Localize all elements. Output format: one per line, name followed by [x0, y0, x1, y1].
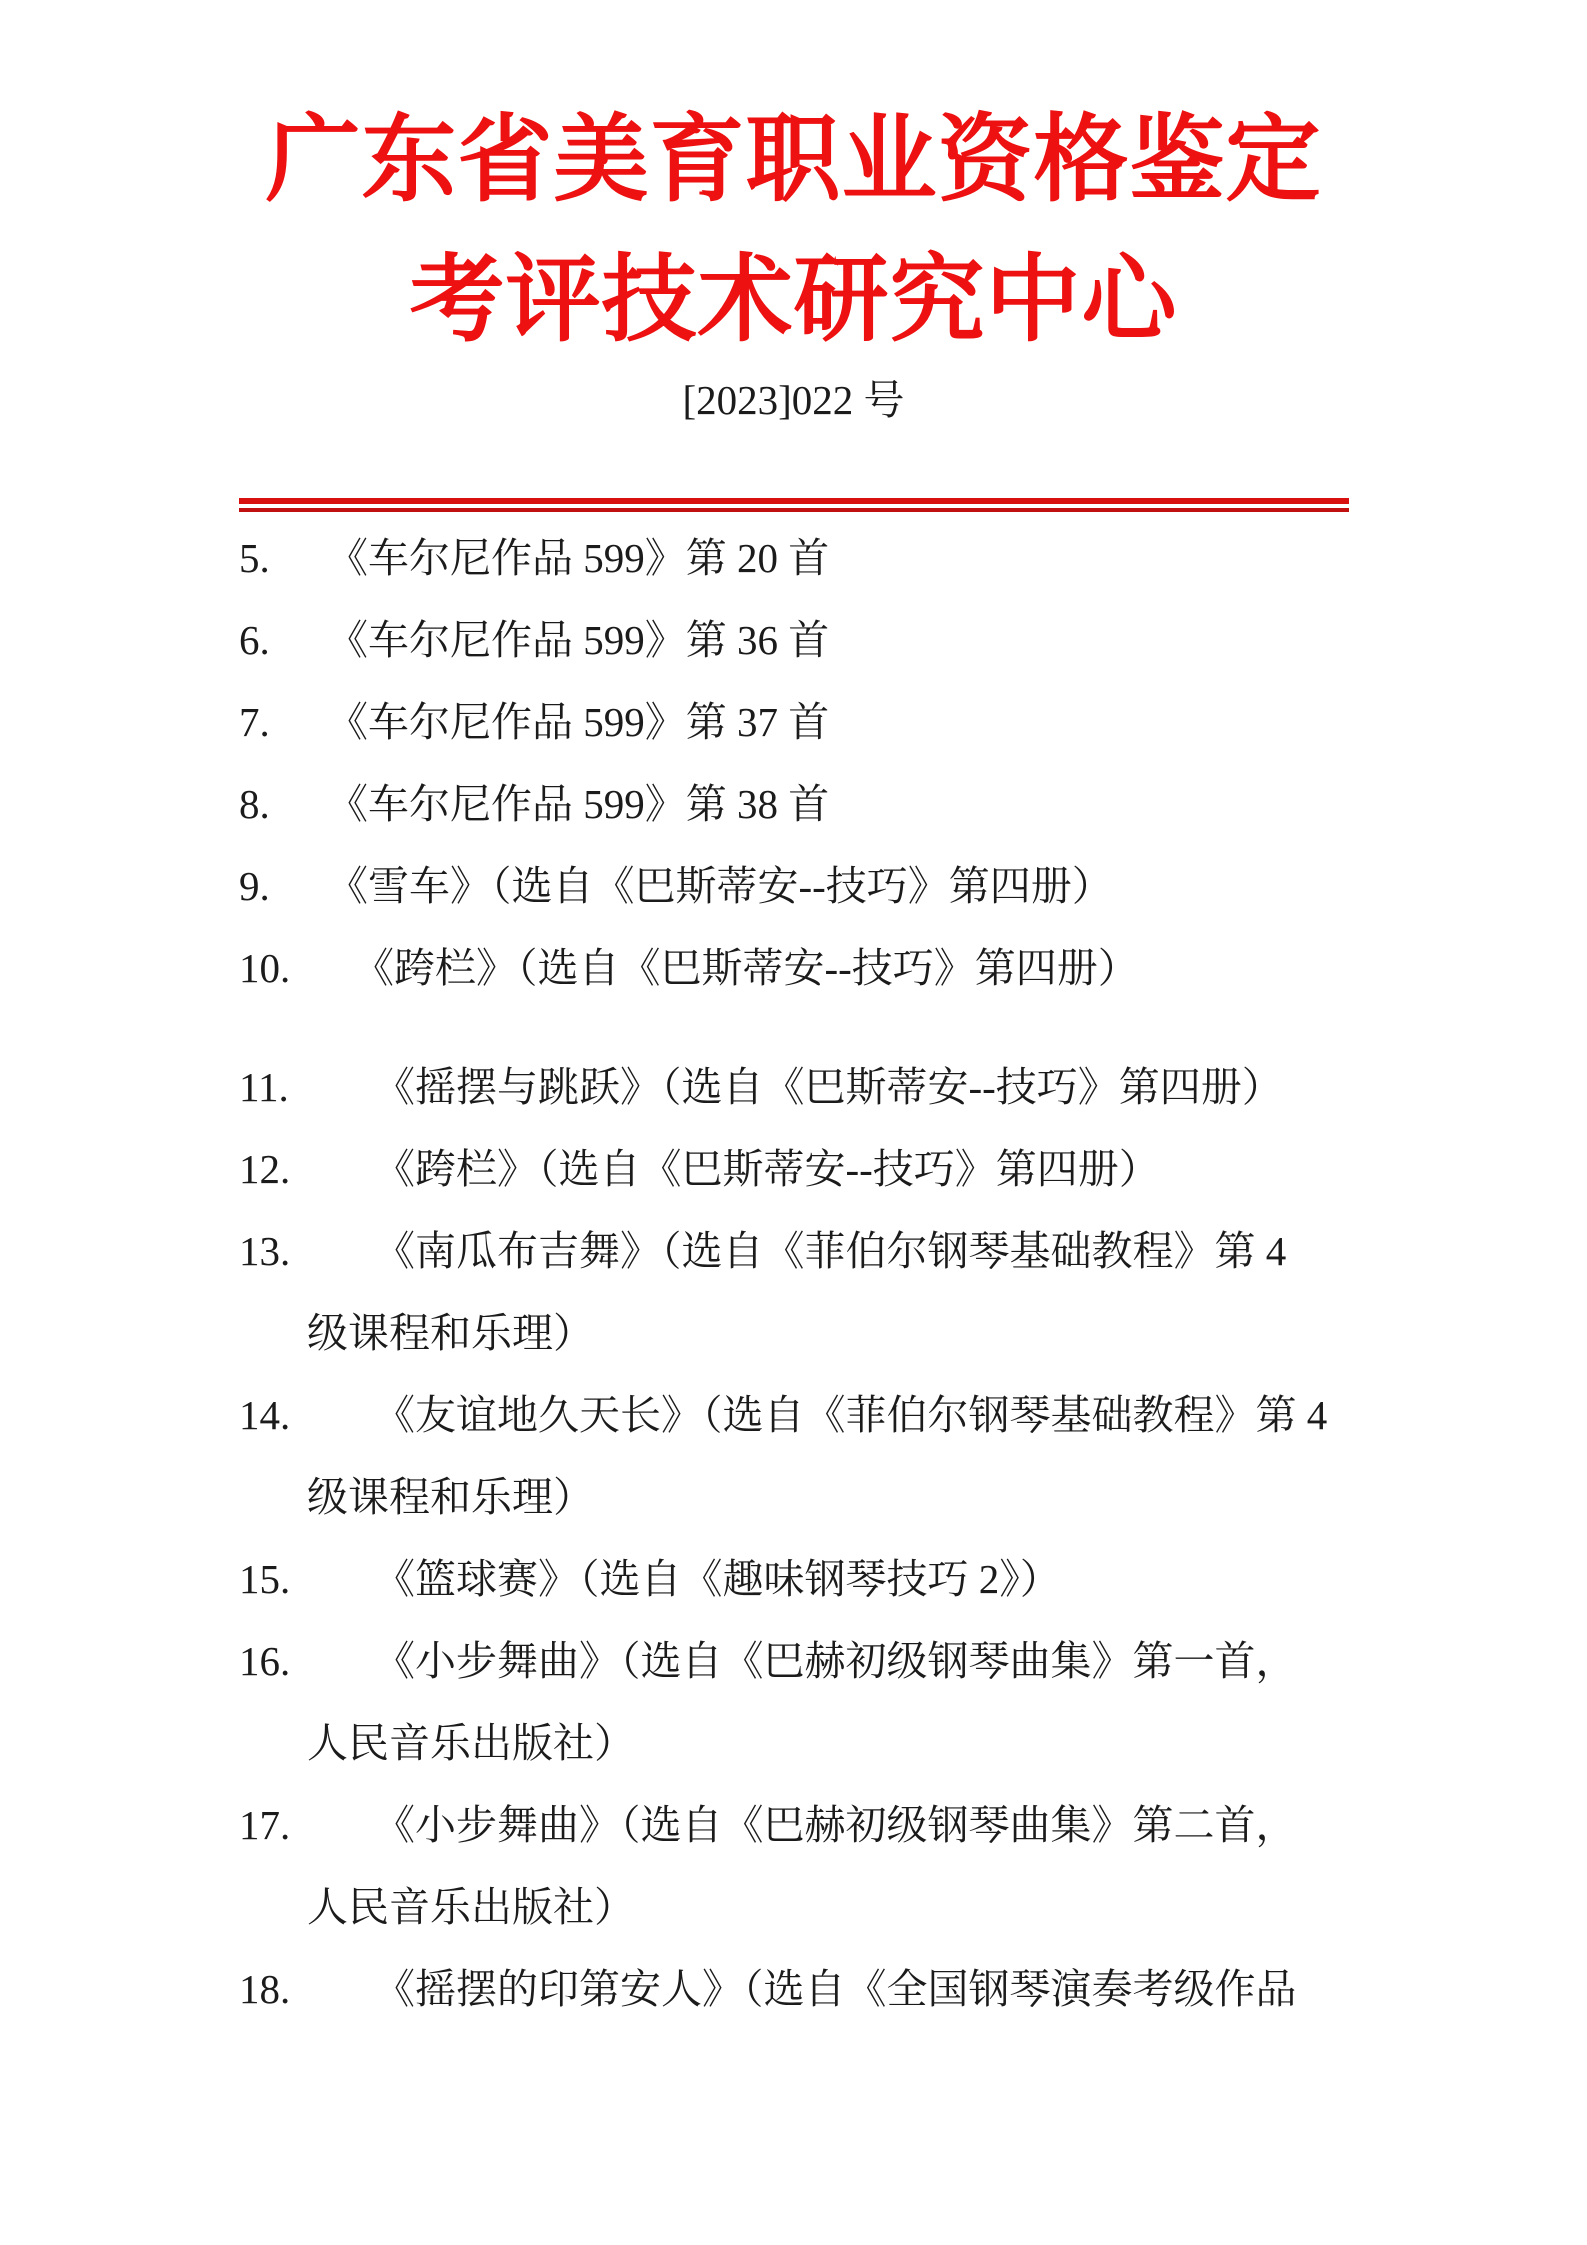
list-item-line: 12.《跨栏》（选自《巴斯蒂安--技巧》第四册）	[239, 1128, 1587, 1210]
list-item-line: 9.《雪车》（选自《巴斯蒂安--技巧》第四册）	[239, 845, 1587, 927]
list-item-line: 16.《小步舞曲》（选自《巴赫初级钢琴曲集》第一首，	[239, 1620, 1587, 1702]
title-line-1: 广东省美育职业资格鉴定	[0, 90, 1587, 230]
item-number: 13.	[239, 1210, 374, 1292]
list-item-continuation-line: 级课程和乐理）	[307, 1456, 1587, 1538]
title-line-2: 考评技术研究中心	[0, 230, 1587, 370]
list-item-line: 6.《车尔尼作品 599》第 36 首	[239, 599, 1587, 681]
item-text: 《友谊地久天长》（选自《菲伯尔钢琴基础教程》第 4	[374, 1392, 1327, 1438]
list-item-line: 11.《摇摆与跳跃》（选自《巴斯蒂安--技巧》第四册）	[239, 1046, 1587, 1128]
item-number: 10.	[239, 927, 353, 1009]
list-item-line: 18.《摇摆的印第安人》（选自《全国钢琴演奏考级作品	[239, 1948, 1587, 2030]
item-text: 级课程和乐理）	[307, 1474, 594, 1520]
list-item-line: 8.《车尔尼作品 599》第 38 首	[239, 763, 1587, 845]
piece-list: 5.《车尔尼作品 599》第 20 首6.《车尔尼作品 599》第 36 首7.…	[0, 517, 1587, 2030]
list-item-line: 10.《跨栏》（选自《巴斯蒂安--技巧》第四册）	[239, 927, 1587, 1009]
item-text: 人民音乐出版社）	[307, 1720, 635, 1766]
item-number: 18.	[239, 1948, 374, 2030]
item-text: 《车尔尼作品 599》第 36 首	[327, 617, 829, 663]
item-number: 9.	[239, 845, 327, 927]
item-number: 12.	[239, 1128, 374, 1210]
item-number: 16.	[239, 1620, 374, 1702]
item-text: 《跨栏》（选自《巴斯蒂安--技巧》第四册）	[353, 945, 1139, 991]
item-number: 6.	[239, 599, 327, 681]
item-number: 15.	[239, 1538, 374, 1620]
list-item-line: 17.《小步舞曲》（选自《巴赫初级钢琴曲集》第二首，	[239, 1784, 1587, 1866]
document-number: [2023]022 号	[0, 370, 1587, 430]
document-title: 广东省美育职业资格鉴定 考评技术研究中心	[0, 90, 1587, 370]
item-text: 《小步舞曲》（选自《巴赫初级钢琴曲集》第二首，	[374, 1802, 1297, 1848]
item-text: 《摇摆与跳跃》（选自《巴斯蒂安--技巧》第四册）	[374, 1064, 1283, 1110]
item-number: 11.	[239, 1046, 374, 1128]
list-item-line: 13.《南瓜布吉舞》（选自《菲伯尔钢琴基础教程》第 4	[239, 1210, 1587, 1292]
item-text: 《车尔尼作品 599》第 38 首	[327, 781, 829, 827]
item-text: 《南瓜布吉舞》（选自《菲伯尔钢琴基础教程》第 4	[374, 1228, 1286, 1274]
item-number: 14.	[239, 1374, 374, 1456]
list-item-continuation-line: 级课程和乐理）	[307, 1292, 1587, 1374]
item-number: 5.	[239, 517, 327, 599]
list-item-continuation-line: 人民音乐出版社）	[307, 1866, 1587, 1948]
red-divider-rule	[239, 498, 1349, 512]
item-text: 《车尔尼作品 599》第 37 首	[327, 699, 829, 745]
item-text: 级课程和乐理）	[307, 1310, 594, 1356]
list-item-line: 7.《车尔尼作品 599》第 37 首	[239, 681, 1587, 763]
document-page: 广东省美育职业资格鉴定 考评技术研究中心 [2023]022 号 5.《车尔尼作…	[0, 0, 1587, 2245]
list-item-line: 5.《车尔尼作品 599》第 20 首	[239, 517, 1587, 599]
item-text: 《雪车》（选自《巴斯蒂安--技巧》第四册）	[327, 863, 1113, 909]
item-text: 《篮球赛》（选自《趣味钢琴技巧 2》）	[374, 1556, 1061, 1602]
item-text: 《摇摆的印第安人》（选自《全国钢琴演奏考级作品	[374, 1966, 1297, 2012]
item-text: 《小步舞曲》（选自《巴赫初级钢琴曲集》第一首，	[374, 1638, 1297, 1684]
item-text: 《跨栏》（选自《巴斯蒂安--技巧》第四册）	[374, 1146, 1160, 1192]
item-number: 17.	[239, 1784, 374, 1866]
list-item-line: 14.《友谊地久天长》（选自《菲伯尔钢琴基础教程》第 4	[239, 1374, 1587, 1456]
item-number: 7.	[239, 681, 327, 763]
item-text: 人民音乐出版社）	[307, 1884, 635, 1930]
item-number: 8.	[239, 763, 327, 845]
list-item-continuation-line: 人民音乐出版社）	[307, 1702, 1587, 1784]
list-item-line: 15.《篮球赛》（选自《趣味钢琴技巧 2》）	[239, 1538, 1587, 1620]
item-text: 《车尔尼作品 599》第 20 首	[327, 535, 829, 581]
